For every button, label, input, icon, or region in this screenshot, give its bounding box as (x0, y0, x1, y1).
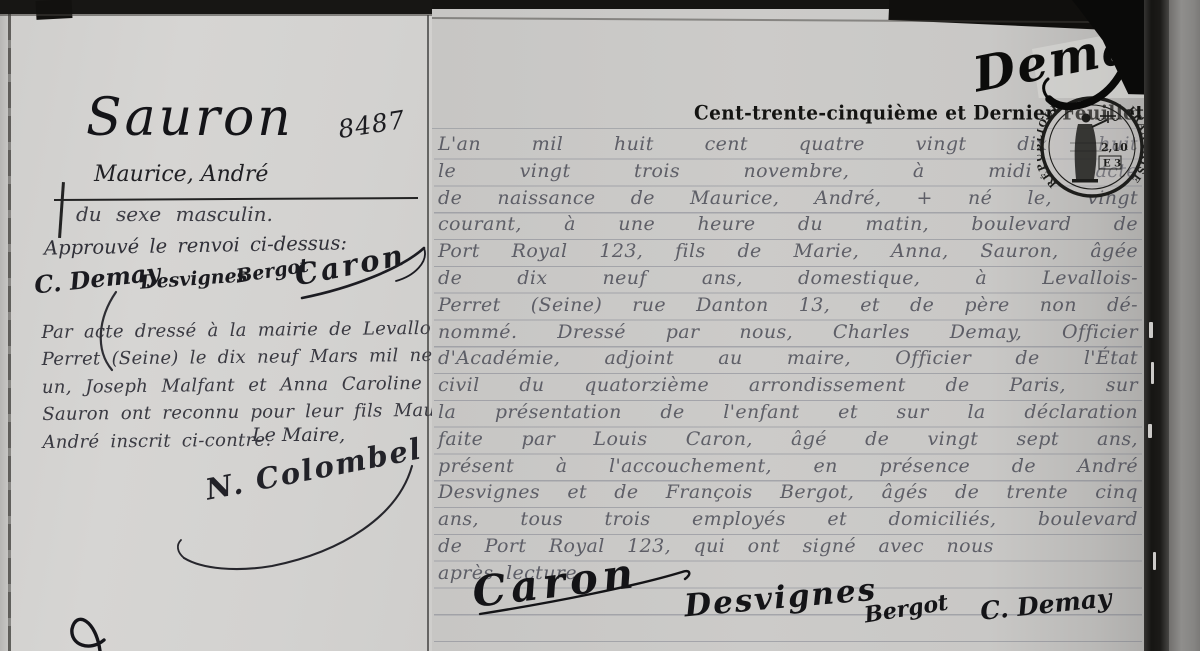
binding-line (8, 14, 11, 651)
renvoi-rule (54, 197, 418, 201)
margin-divider-rule (427, 15, 429, 651)
page-edge-line-left (0, 14, 432, 16)
margin-given-names: Maurice, André (94, 162, 268, 187)
registry-scan: Sauron 8487 Maurice, André du sexe mascu… (0, 0, 1200, 651)
edge-speck (1153, 552, 1156, 570)
left-margin-page: Sauron 8487 Maurice, André du sexe mascu… (0, 0, 432, 651)
margin-note-line: un, Joseph Malfant et Anna Caroline (42, 373, 422, 404)
body-line: ans, tous trois employés et domiciliés, … (438, 508, 1138, 535)
edge-speck (1148, 424, 1152, 438)
body-line: L'an mil huit cent quatre vingt dix huit (438, 133, 1138, 160)
margin-surname: Sauron (86, 88, 294, 148)
body-line: d'Académie, adjoint au maire, Officier d… (438, 347, 1138, 374)
scanner-strip (1169, 0, 1200, 651)
body-line: présent à l'accouchement, en présence de… (438, 455, 1138, 482)
margin-note-line: Perret (Seine) le dix neuf Mars mil neuf… (42, 345, 422, 376)
edge-speck (1151, 362, 1154, 384)
margin-note-line: Sauron ont reconnu pour leur fils Mauric… (42, 400, 422, 431)
next-act-initial-icon (72, 619, 104, 651)
page-top-rule (432, 128, 1142, 129)
marginal-recognition-note: Par acte dressé à la mairie de Levallois… (41, 318, 422, 459)
body-line: de Port Royal 123, qui ont signé avec no… (438, 535, 1138, 562)
body-line: Port Royal 123, fils de Marie, Anna, Sau… (438, 240, 1138, 267)
edge-speck (1149, 322, 1153, 338)
body-line: courant, à une heure du matin, boulevard… (438, 213, 1138, 240)
act-body-text: L'an mil huit cent quatre vingt dix huit… (438, 133, 1138, 589)
body-line: faite par Louis Caron, âgé de vingt sept… (438, 428, 1138, 455)
body-line: de naissance de Maurice, André, + né le,… (438, 187, 1138, 214)
body-line: Perret (Seine) rue Danton 13, et de père… (438, 294, 1138, 321)
body-line: le vingt trois novembre, à midi acte (438, 160, 1138, 187)
mayor-title: Le Maire, (252, 424, 345, 446)
body-line: Desvignes et de François Bergot, âgés de… (438, 481, 1138, 508)
top-shadow-nub (36, 0, 73, 20)
act-page: Cent-trente-cinquième et Dernier Feuille… (432, 0, 1144, 651)
margin-sex-line: du sexe masculin. (76, 202, 273, 226)
body-line: civil du quatorzième arrondissement de P… (438, 374, 1138, 401)
body-line: de dix neuf ans, domestique, à Levallois… (438, 267, 1138, 294)
body-line: la présentation de l'enfant et sur la dé… (438, 401, 1138, 428)
margin-note-line: Par acte dressé à la mairie de Levallois… (41, 318, 421, 349)
book-edge (1144, 0, 1169, 651)
act-number: 8487 (336, 105, 407, 144)
printed-folio-header: Cent-trente-cinquième et Dernier Feuille… (694, 102, 1114, 124)
body-line: nommé. Dressé par nous, Charles Demay, O… (438, 321, 1138, 348)
renvoi-cross-icon (58, 182, 64, 238)
